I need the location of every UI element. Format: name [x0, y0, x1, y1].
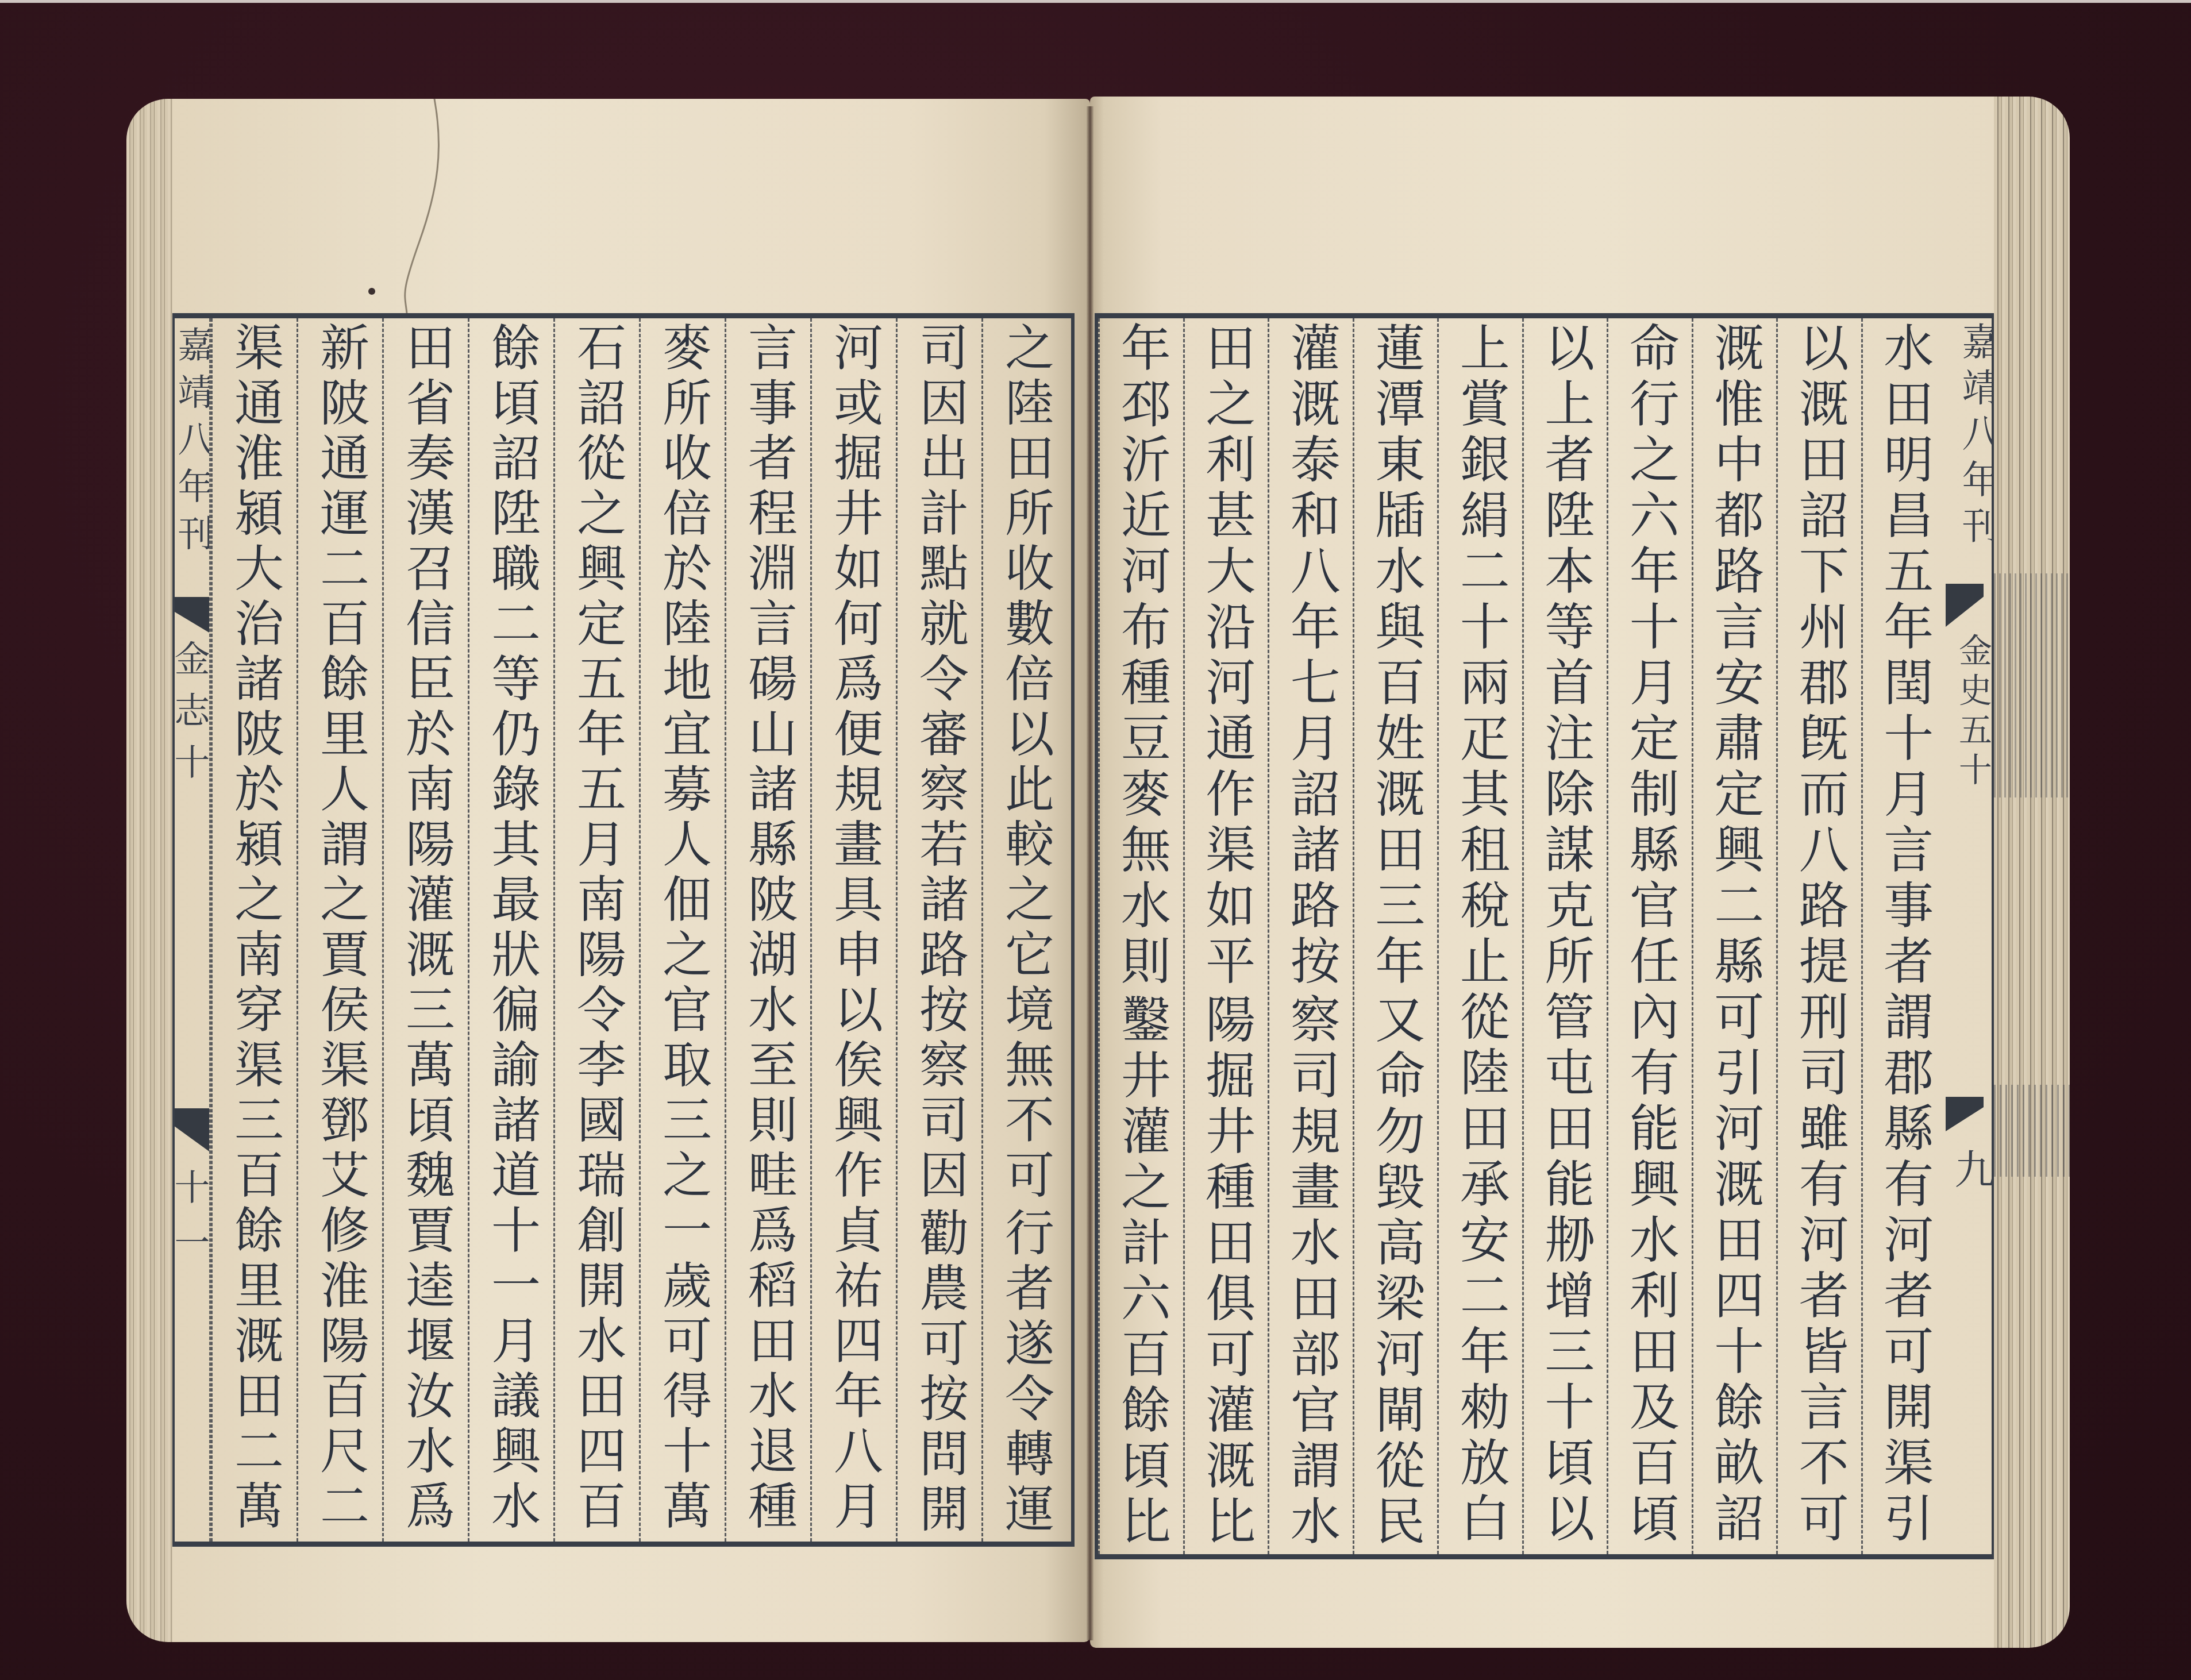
text-column: 命行之六年十月定制縣官任內有能興水利田及百頃: [1607, 318, 1692, 1554]
banxin-page-number: 十一: [175, 1169, 207, 1279]
column-text-upper: 蓮潭東牐水與百姓溉田三年: [1370, 322, 1420, 991]
left-page-text-frame: 嘉靖八年刊 金志十 十一 之陸田所收數倍以此較之它境無不可行者遂令轉運 司因出計…: [172, 313, 1075, 1547]
text-column: 餘頃詔陞職二等仍錄其最狀徧諭諸道十一月議興水: [468, 318, 553, 1542]
column-text-upper: 麥所收倍於陸地宜募人佃之官取三之一歲可得十萬: [658, 322, 707, 1535]
right-fore-edge-stack: [1994, 97, 2070, 1648]
text-column: 言事者程淵言碭山諸縣陂湖水至則畦爲稻田水退種: [725, 318, 810, 1542]
text-column: 石詔從之興定五年五月南陽令李國瑞創開水田四百: [553, 318, 639, 1542]
ink-spot: [368, 288, 375, 295]
text-column: 之陸田所收數倍以此較之它境無不可行者遂令轉運: [981, 318, 1067, 1542]
book-gutter: [1087, 106, 1093, 1640]
text-column: 河或掘井如何爲便規畫具申以俟興作貞祐四年八月: [810, 318, 896, 1542]
column-text-upper: 水田明昌五年閏十月言事者謂郡縣有河者可開渠引: [1879, 322, 1929, 1548]
left-page-columns: 之陸田所收數倍以此較之它境無不可行者遂令轉運 司因出計點就令審察若諸路按察司因勸…: [211, 318, 1067, 1542]
column-text-upper: 田省奏漢召信臣於南陽灌溉三萬頃魏賈逵堰汝水爲: [401, 322, 450, 1535]
text-column: 年邳沂近河布種豆麥無水則鑿井灌之計六百餘頃比: [1098, 318, 1183, 1554]
fishtail-mark-icon: [175, 597, 209, 633]
column-text-upper: 之陸田所收數倍以此較之它境無不可: [1000, 322, 1050, 1204]
column-text-upper: 新陂通運二百餘里人謂之賈侯渠鄧艾修淮陽百尺二: [315, 322, 365, 1535]
column-text-upper: 命行之六年十月定制縣官任內有能興水利田及百頃: [1625, 322, 1675, 1548]
text-column: 以溉田詔下州郡旣而八路提刑司雖有河者皆言不可: [1776, 318, 1861, 1554]
fore-edge-ink-bleed: [1994, 1085, 2070, 1177]
column-text-upper: 灌溉泰和八年七月詔諸路按: [1286, 322, 1336, 991]
column-text-upper: 上賞銀絹二十兩疋其租稅止從陸田承安二年勑放白: [1455, 322, 1505, 1548]
text-column: 田之利甚大沿河通作渠如平陽掘井種田俱可灌溉比: [1183, 318, 1268, 1554]
text-column: 田省奏漢召信臣於南陽灌溉三萬頃魏賈逵堰汝水爲: [382, 318, 468, 1542]
column-text-lower: 鑿井灌之計六百餘頃比: [1116, 993, 1166, 1551]
text-column: 渠通淮潁大治諸陂於潁之南穿渠三百餘里溉田二萬: [211, 318, 297, 1542]
column-text-upper: 河或掘井如何爲便規畫具申以俟興作貞祐四年八月: [829, 322, 879, 1535]
column-text-upper: 石詔從之興定五年五月南陽令李國瑞創開水田四百: [572, 322, 622, 1535]
column-text-upper: 年邳沂近河布種豆麥無水則: [1116, 322, 1166, 991]
left-banxin: 嘉靖八年刊 金志十 十一: [175, 318, 211, 1542]
column-text-lower: 勸農可按問開: [915, 1207, 964, 1538]
banxin-title: 金志十: [175, 640, 207, 795]
right-banxin: 嘉靖八年刊 金史五十 九: [1946, 318, 1992, 1554]
text-column: 水田明昌五年閏十月言事者謂郡縣有河者可開渠引: [1861, 318, 1946, 1554]
paper-crease-line: [0, 0, 517, 345]
column-text-upper: 餘頃詔陞職二等仍錄其最狀徧諭諸道十一月議興水: [487, 322, 536, 1535]
text-column: 溉惟中都路言安肅定興二縣可引河溉田四十餘畝詔: [1692, 318, 1777, 1554]
banxin-page-number: 九: [1951, 1149, 1992, 1189]
column-text-upper: 言事者程淵言碭山諸縣陂湖水至則畦爲稻田水退種: [744, 322, 793, 1535]
right-page-text-frame: 水田明昌五年閏十月言事者謂郡縣有河者可開渠引 以溉田詔下州郡旣而八路提刑司雖有河…: [1095, 313, 1994, 1559]
text-column: 以上者陞本等首注除謀克所管屯田能刱增三十頃以: [1522, 318, 1607, 1554]
column-text-upper: 渠通淮潁大治諸陂於潁之南穿渠三百餘里溉田二萬: [230, 322, 279, 1535]
banxin-edition-label: 嘉靖八年刊: [175, 326, 210, 562]
text-column: 麥所收倍於陸地宜募人佃之官取三之一歲可得十萬: [639, 318, 725, 1542]
column-text-lower: 又命勿毀高梁河閘從民: [1370, 993, 1420, 1551]
column-text-upper: 以溉田詔下州郡旣而八路提刑司雖有河者皆言不可: [1795, 322, 1845, 1548]
text-column: 新陂通運二百餘里人謂之賈侯渠鄧艾修淮陽百尺二: [297, 318, 382, 1542]
banxin-title: 金史五十: [1956, 633, 1989, 792]
column-text-upper: 田之利甚大沿河通作渠如平: [1201, 322, 1251, 991]
fishtail-mark-icon: [175, 1108, 209, 1151]
text-column: 蓮潭東牐水與百姓溉田三年又命勿毀高梁河閘從民: [1353, 318, 1438, 1554]
fore-edge-ink-bleed: [1994, 573, 2070, 797]
column-text-lower: 行者遂令轉運: [1000, 1207, 1050, 1538]
column-text-upper: 以上者陞本等首注除謀克所管屯田能刱增三十頃以: [1540, 322, 1590, 1548]
text-column: 司因出計點就令審察若諸路按察司因勸農可按問開: [896, 318, 981, 1542]
column-text-lower: 察司規畫水田部官謂水: [1286, 993, 1336, 1551]
right-page-columns: 水田明昌五年閏十月言事者謂郡縣有河者可開渠引 以溉田詔下州郡旣而八路提刑司雖有河…: [1098, 318, 1946, 1554]
column-text-lower: 陽掘井種田俱可灌溉比: [1201, 993, 1251, 1551]
text-column: 上賞銀絹二十兩疋其租稅止從陸田承安二年勑放白: [1437, 318, 1522, 1554]
column-text-upper: 司因出計點就令審察若諸路按察司因: [915, 322, 964, 1204]
text-column: 灌溉泰和八年七月詔諸路按察司規畫水田部官謂水: [1268, 318, 1353, 1554]
banxin-edition-label: 嘉靖八年刊: [1958, 322, 1992, 552]
fishtail-mark-icon: [1946, 584, 1984, 627]
fishtail-mark-icon: [1946, 1097, 1984, 1131]
column-text-upper: 溉惟中都路言安肅定興二縣可引河溉田四十餘畝詔: [1709, 322, 1759, 1548]
